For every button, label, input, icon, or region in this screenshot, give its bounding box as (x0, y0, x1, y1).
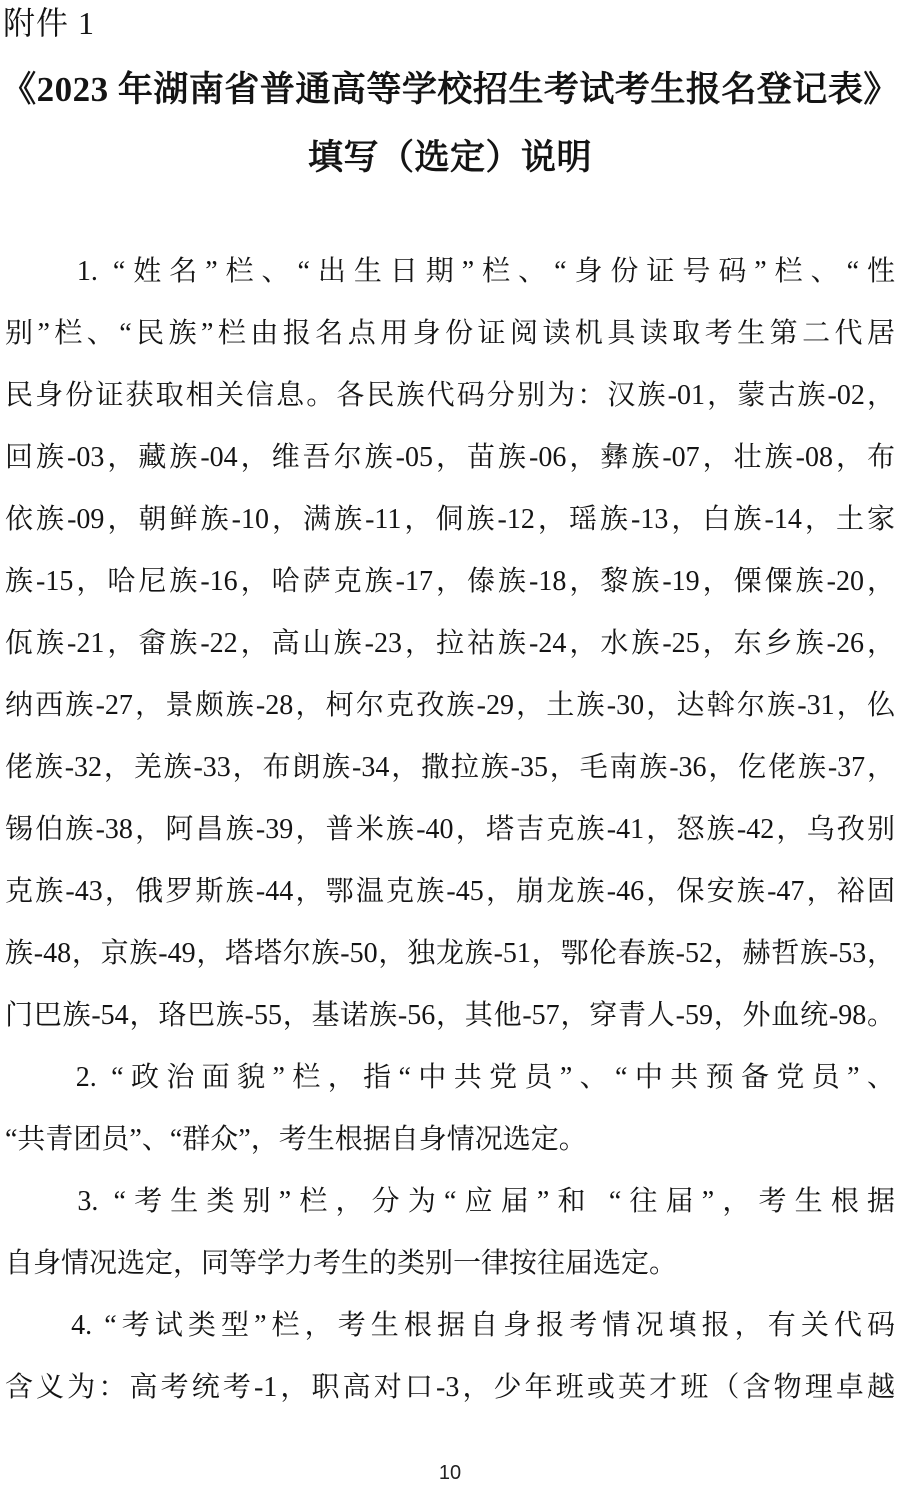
text-line-p1-8: 纳西族-27，景颇族-28，柯尔克孜族-29，土族-30，达斡尔族-31，仫 (5, 675, 895, 737)
text-line-p1-1: 1. “姓名”栏、“出生日期”栏、“身份证号码”栏、“性 (5, 241, 895, 303)
text-line-p1-2: 别”栏、“民族”栏由报名点用身份证阅读机具读取考生第二代居 (5, 303, 895, 365)
document-body: 1. “姓名”栏、“出生日期”栏、“身份证号码”栏、“性别”栏、“民族”栏由报名… (5, 241, 895, 1419)
text-line-p4-1: 4. “考试类型”栏，考生根据自身报考情况填报，有关代码 (5, 1295, 895, 1357)
text-line-p2-2: “共青团员”、“群众”，考生根据自身情况选定。 (5, 1109, 895, 1171)
text-line-p1-10: 锡伯族-38，阿昌族-39，普米族-40，塔吉克族-41，怒族-42，乌孜别 (5, 799, 895, 861)
text-line-p1-7: 佤族-21，畲族-22，高山族-23，拉祜族-24，水族-25，东乡族-26， (5, 613, 895, 675)
text-line-p1-11: 克族-43，俄罗斯族-44，鄂温克族-45，崩龙族-46，保安族-47，裕固 (5, 861, 895, 923)
text-line-p1-9: 佬族-32，羌族-33，布朗族-34，撒拉族-35，毛南族-36，仡佬族-37， (5, 737, 895, 799)
text-line-p1-4: 回族-03，藏族-04，维吾尔族-05，苗族-06，彝族-07，壮族-08，布 (5, 427, 895, 489)
document-title-line2: 填写（选定）说明 (0, 124, 900, 192)
text-line-p4-2: 含义为：高考统考-1，职高对口-3，少年班或英才班（含物理卓越 (5, 1357, 895, 1419)
text-line-p1-6: 族-15，哈尼族-16，哈萨克族-17，傣族-18，黎族-19，傈僳族-20， (5, 551, 895, 613)
document-title: 《2023 年湖南省普通高等学校招生考试考生报名登记表》 填写（选定）说明 (0, 56, 900, 192)
text-line-p1-12: 族-48，京族-49，塔塔尔族-50，独龙族-51，鄂伦春族-52，赫哲族-53… (5, 923, 895, 985)
document-title-line1: 《2023 年湖南省普通高等学校招生考试考生报名登记表》 (0, 56, 900, 124)
text-line-p1-3: 民身份证获取相关信息。各民族代码分别为：汉族-01，蒙古族-02， (5, 365, 895, 427)
text-line-p1-5: 依族-09，朝鲜族-10，满族-11，侗族-12，瑶族-13，白族-14，土家 (5, 489, 895, 551)
text-line-p3-2: 自身情况选定，同等学力考生的类别一律按往届选定。 (5, 1233, 895, 1295)
document-page: 附件 1 《2023 年湖南省普通高等学校招生考试考生报名登记表》 填写（选定）… (0, 0, 900, 1498)
text-line-p1-13: 门巴族-54，珞巴族-55，基诺族-56，其他-57，穿青人-59，外血统-98… (5, 985, 895, 1047)
text-line-p2-1: 2. “政治面貌”栏，指“中共党员”、“中共预备党员”、 (5, 1047, 895, 1109)
text-line-p3-1: 3. “考生类别”栏，分为“应届”和 “往届”，考生根据 (5, 1171, 895, 1233)
page-number: 10 (0, 1458, 900, 1488)
attachment-label: 附件 1 (3, 2, 95, 44)
